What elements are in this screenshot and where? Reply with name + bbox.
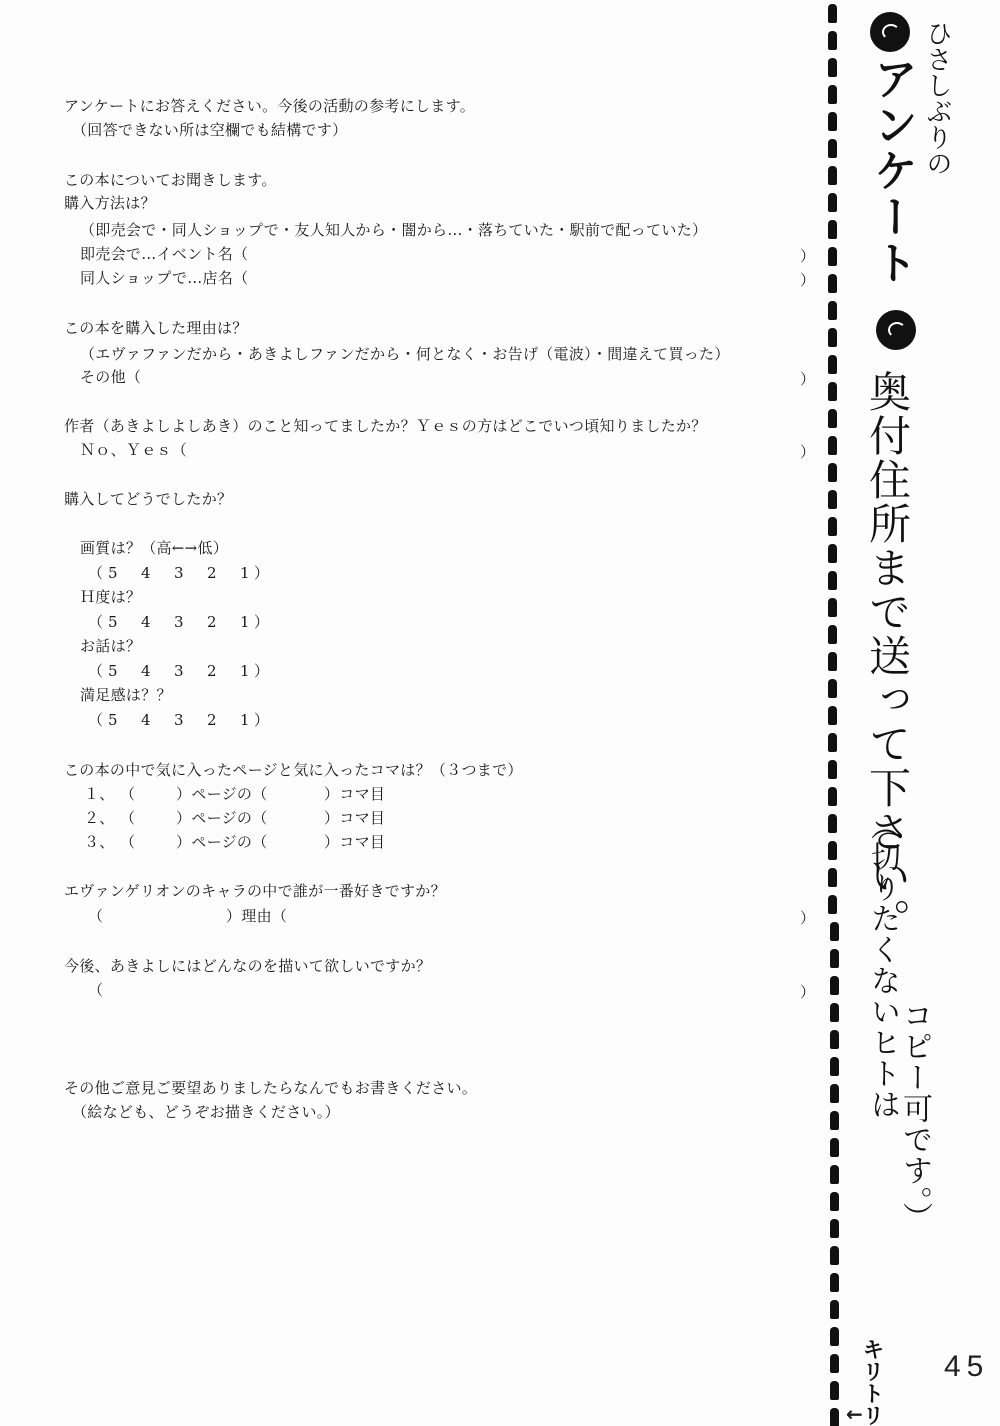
favorite-character-reason-label: ）理由（ (226, 906, 287, 926)
cut-line-dash (830, 1327, 839, 1346)
page-number: 45 (944, 1350, 989, 1384)
cut-line-dash (830, 1408, 839, 1426)
cut-line-dash (830, 949, 839, 968)
handwritten-note-part-1: （切りたくないヒトは (864, 810, 900, 1120)
cut-line-dash (828, 652, 837, 671)
intro-line-2: （回答できない所は空欄でも結構です） (72, 120, 347, 140)
cut-line-dash (828, 733, 837, 752)
cut-line-dash (828, 409, 837, 428)
shop-name-label: 同人ショップで…店名（ (80, 268, 248, 288)
cut-line-dash (830, 1354, 839, 1373)
favorite-page-row-3-page-label[interactable]: ）ページの（ (176, 832, 268, 852)
favorite-page-row-2-panel-label[interactable]: ）コマ目 (324, 808, 385, 828)
cut-line-dash (830, 1300, 839, 1319)
purchase-method-options: （即売会で・同人ショップで・友人知人から・闇から…・落ちていた・駅前で配っていた… (80, 220, 707, 240)
favorite-page-row-3-page-open[interactable]: （ (120, 832, 135, 852)
cut-line-dash (830, 1084, 839, 1103)
favorite-character-question: エヴァンゲリオンのキャラの中で誰が一番好きですか？ (64, 881, 446, 901)
cut-line-dash (830, 922, 839, 941)
cut-line-dash (828, 760, 837, 779)
cut-line-dash (828, 382, 837, 401)
cut-line-dash (830, 1273, 839, 1292)
cut-line-dash (828, 4, 837, 23)
cut-line-dash (828, 112, 837, 131)
cut-line-dash (828, 247, 837, 266)
cut-line-dash (828, 328, 837, 347)
cut-line-dash (828, 301, 837, 320)
cut-line-dash (830, 1192, 839, 1211)
cut-line-dash (830, 1246, 839, 1265)
cut-line-dash (828, 193, 837, 212)
cut-line-dash (828, 436, 837, 455)
rating-label-story: お話は？ (80, 636, 141, 656)
about-book-heading: この本についてお聞きします。 (64, 170, 277, 190)
cut-line-dash (828, 625, 837, 644)
cut-line-dash (828, 220, 837, 239)
cut-line-dash (828, 58, 837, 77)
cut-line-dash (828, 787, 837, 806)
cut-line-dash (828, 679, 837, 698)
impression-question: 購入してどうでしたか？ (64, 489, 232, 509)
favorite-page-row-2-page-label[interactable]: ）ページの（ (176, 808, 268, 828)
cut-line-dash (828, 868, 837, 887)
handwritten-title: アンケート (866, 56, 916, 286)
cut-line-dash (830, 1111, 839, 1130)
favorite-page-row-1-num: １、 (84, 784, 115, 804)
cut-line-dash (828, 31, 837, 50)
shop-name-field-close[interactable]: ） (800, 270, 815, 290)
purchase-method-question: 購入方法は？ (64, 193, 156, 213)
cut-arrow-icon: ← (846, 1402, 863, 1426)
favorite-page-row-3-panel-label[interactable]: ）コマ目 (324, 832, 385, 852)
favorite-page-row-1-page-open[interactable]: （ (120, 784, 135, 804)
cut-line-dash (830, 1003, 839, 1022)
handwritten-note-part-2: コピー可です。） (896, 1000, 932, 1233)
cut-line-dash (828, 814, 837, 833)
circle-bullet-icon (876, 310, 916, 350)
rating-scale-h-level[interactable]: （54321） (88, 612, 269, 632)
cut-line-dash (828, 598, 837, 617)
rating-label-satisfaction: 満足感は？？ (80, 685, 172, 705)
favorite-page-row-2-num: ２、 (84, 808, 115, 828)
cut-line-dash (830, 1138, 839, 1157)
event-name-field-close[interactable]: ） (800, 246, 815, 266)
future-request-field-close[interactable]: ） (800, 982, 815, 1002)
rating-scale-satisfaction[interactable]: （54321） (88, 710, 269, 730)
event-name-label: 即売会で…イベント名（ (80, 244, 248, 264)
favorite-page-row-1-page-label[interactable]: ）ページの（ (176, 784, 268, 804)
rating-scale-story[interactable]: （54321） (88, 661, 269, 681)
cut-line-dash (828, 85, 837, 104)
handwritten-subtitle: ひさしぶりの (922, 20, 952, 176)
future-request-field-open[interactable]: （ (88, 980, 103, 1000)
rating-label-quality: 画質は？（高←→低） (80, 538, 228, 558)
cut-line-dash (828, 544, 837, 563)
comments-line-1: その他ご意見ご要望ありましたらなんでもお書きください。 (64, 1078, 477, 1098)
author-answer-field-close[interactable]: ） (800, 442, 815, 462)
cut-line-dash (828, 463, 837, 482)
reason-options: （エヴァファンだから・あきよしファンだから・何となく・お告げ（電波）・間違えて買… (80, 344, 730, 364)
cut-line-dash (828, 841, 837, 860)
cut-line-dash (830, 1219, 839, 1238)
author-question: 作者（あきよしよしあき）のこと知ってましたか？Ｙｅｓの方はどこでいつ頃知りました… (64, 416, 707, 436)
favorite-character-field-open[interactable]: （ (88, 906, 103, 926)
cut-line-dash (830, 1057, 839, 1076)
cut-line-dash (828, 517, 837, 536)
favorite-page-row-1-panel-label[interactable]: ）コマ目 (324, 784, 385, 804)
cut-line-dash (828, 490, 837, 509)
cut-line-dash (828, 706, 837, 725)
double-circle-bullet-icon (870, 12, 910, 52)
rating-scale-quality[interactable]: （54321） (88, 563, 269, 583)
reason-other-field-close[interactable]: ） (800, 369, 815, 389)
cut-line-dash (828, 355, 837, 374)
cut-line-dash (828, 571, 837, 590)
favorite-page-row-3-num: ３、 (84, 832, 115, 852)
reason-question: この本を購入した理由は？ (64, 318, 248, 338)
cut-line-dash (828, 139, 837, 158)
cut-line-dash (828, 895, 837, 914)
author-answer-label: Ｎｏ、Ｙｅｓ（ (80, 440, 187, 460)
favorite-pages-question: この本の中で気に入ったページと気に入ったコマは？（３つまで） (64, 760, 523, 780)
rating-label-h-level: Ｈ度は？ (80, 587, 141, 607)
cut-line-dash (830, 976, 839, 995)
favorite-page-row-2-page-open[interactable]: （ (120, 808, 135, 828)
cut-line (828, 0, 840, 1426)
cut-line-dash (830, 1030, 839, 1049)
favorite-character-reason-field-close[interactable]: ） (800, 908, 815, 928)
reason-other-label: その他（ (80, 367, 141, 387)
comments-line-2: （絵なども、どうぞお描きください。） (72, 1102, 340, 1122)
future-request-question: 今後、あきよしにはどんなのを描いて欲しいですか？ (64, 956, 431, 976)
cut-line-dash (828, 166, 837, 185)
intro-line-1: アンケートにお答えください。今後の活動の参考にします。 (64, 96, 475, 116)
cut-line-dash (830, 1381, 839, 1400)
cut-line-dash (830, 1165, 839, 1184)
cut-line-dash (828, 274, 837, 293)
